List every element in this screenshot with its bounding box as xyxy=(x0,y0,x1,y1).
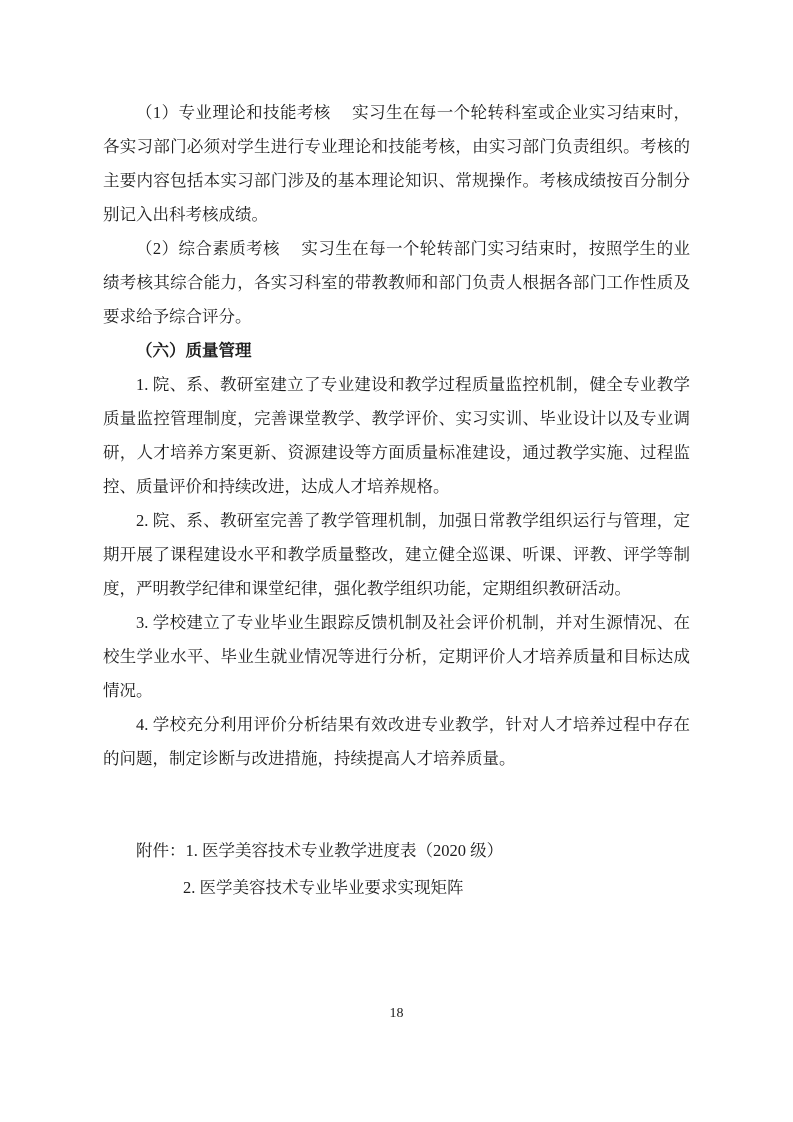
paragraph-quality-item-2: 2. 院、系、教研室完善了教学管理机制，加强日常教学组织运行与管理，定期开展了课… xyxy=(103,504,690,606)
attachments-label: 附件： xyxy=(136,841,186,860)
section-heading-quality-management: （六）质量管理 xyxy=(103,334,690,368)
attachment-line-1: 附件：1. 医学美容技术专业教学进度表（2020 级） xyxy=(103,832,690,869)
attachment-item-1: 1. 医学美容技术专业教学进度表（2020 级） xyxy=(186,841,504,860)
attachments-block: 附件：1. 医学美容技术专业教学进度表（2020 级） 2. 医学美容技术专业毕… xyxy=(103,832,690,906)
paragraph-quality-item-1: 1. 院、系、教研室建立了专业建设和教学过程质量监控机制，健全专业教学质量监控管… xyxy=(103,368,690,504)
document-content: （1）专业理论和技能考核 实习生在每一个轮转科室或企业实习结束时，各实习部门必须… xyxy=(103,96,690,906)
paragraph-quality-item-3: 3. 学校建立了专业毕业生跟踪反馈机制及社会评价机制，并对生源情况、在校生学业水… xyxy=(103,606,690,708)
paragraph-comprehensive-quality-assessment: （2）综合素质考核 实习生在每一个轮转部门实习结束时，按照学生的业绩考核其综合能… xyxy=(103,232,690,334)
page-number: 18 xyxy=(0,1006,793,1022)
attachment-item-2: 2. 医学美容技术专业毕业要求实现矩阵 xyxy=(103,869,690,906)
paragraph-quality-item-4: 4. 学校充分利用评价分析结果有效改进专业教学，针对人才培养过程中存在的问题，制… xyxy=(103,708,690,776)
document-page: （1）专业理论和技能考核 实习生在每一个轮转科室或企业实习结束时，各实习部门必须… xyxy=(0,0,793,1122)
paragraph-theory-skill-assessment: （1）专业理论和技能考核 实习生在每一个轮转科室或企业实习结束时，各实习部门必须… xyxy=(103,96,690,232)
